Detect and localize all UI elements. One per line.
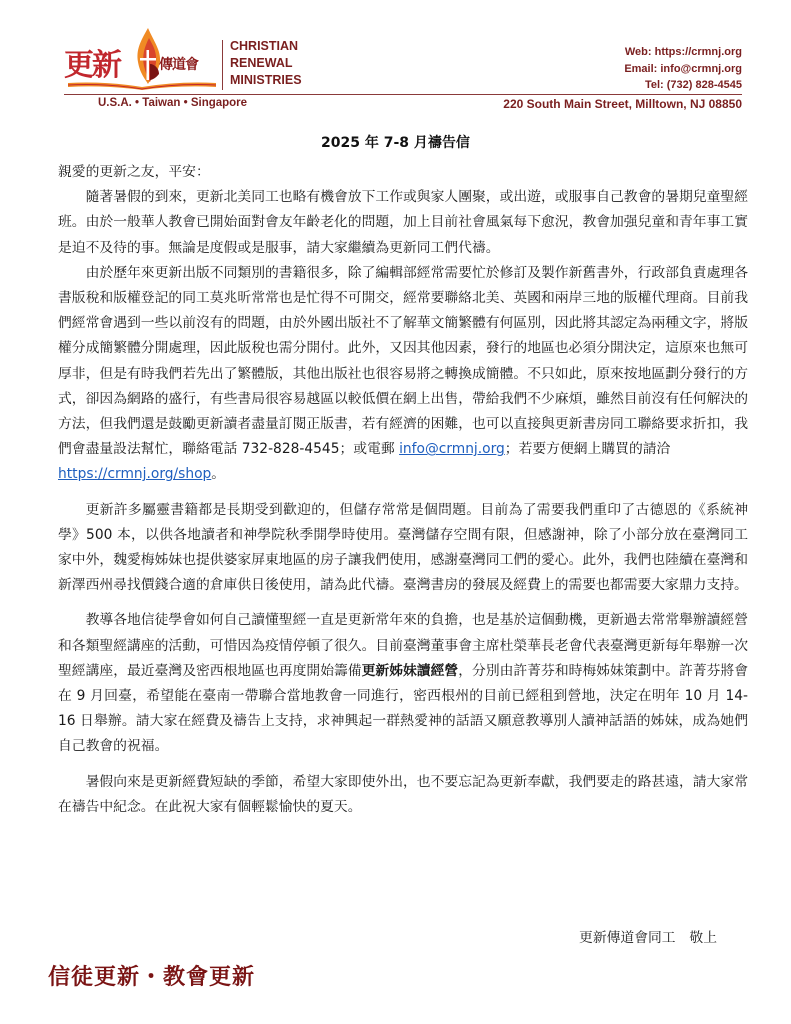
logo-divider <box>222 40 223 90</box>
letter-title: 2025 年 7-8 月禱告信 <box>0 132 791 152</box>
shop-link[interactable]: https://crmnj.org/shop <box>58 466 211 482</box>
footer-motto: 信徒更新・教會更新 <box>48 960 255 991</box>
contact-tel: Tel: (732) 828-4545 <box>624 77 742 94</box>
logo-english-name: CHRISTIAN RENEWAL MINISTRIES <box>230 38 302 89</box>
crm-logo: 更新 傳道會 <box>64 26 214 90</box>
address: 220 South Main Street, Milltown, NJ 0885… <box>503 97 742 111</box>
paragraph-3: 更新許多屬靈書籍都是長期受到歡迎的，但儲存常常是個問題。目前為了需要我們重印了古… <box>58 498 748 599</box>
letterhead: 更新 傳道會 CHRISTIAN RENEWAL MINISTRIES Web:… <box>0 0 791 115</box>
paragraph-1: 隨著暑假的到來，更新北美同工也略有機會放下工作或與家人團聚，或出遊，或服事自己教… <box>58 185 748 261</box>
paragraph-2: 由於歷年來更新出版不同類別的書籍很多，除了編輯部經常需要忙於修訂及製作新舊書外，… <box>58 261 748 488</box>
sisters-bible-camp: 更新姊妹讀經營 <box>362 663 459 679</box>
logo-en-line-3: MINISTRIES <box>230 72 302 89</box>
flame-cross-icon <box>134 28 162 86</box>
paragraph-2-mid: ；若要方便網上購買的請洽 <box>505 441 671 457</box>
open-book-icon <box>68 82 216 90</box>
logo-en-line-1: CHRISTIAN <box>230 38 302 55</box>
regions: U.S.A. • Taiwan • Singapore <box>98 97 247 109</box>
letter-body: 親愛的更新之友，平安： 隨著暑假的到來，更新北美同工也略有機會放下工作或與家人團… <box>58 160 748 820</box>
logo-en-line-2: RENEWAL <box>230 55 302 72</box>
paragraph-2-text: 由於歷年來更新出版不同類別的書籍很多，除了編輯部經常需要忙於修訂及製作新舊書外，… <box>58 265 748 457</box>
paragraph-4: 教導各地信徒學會如何自己讀懂聖經一直是更新常年來的負擔，也是基於這個動機，更新過… <box>58 608 748 759</box>
contact-email[interactable]: Email: info@crmnj.org <box>624 61 742 78</box>
contact-info: Web: https://crmnj.org Email: info@crmnj… <box>624 44 742 94</box>
paragraph-5: 暑假向來是更新經費短缺的季節，希望大家即使外出，也不要忘記為更新奉獻，我們要走的… <box>58 770 748 820</box>
greeting: 親愛的更新之友，平安： <box>58 160 748 185</box>
logo-chinese-main: 更新 <box>64 40 120 84</box>
paragraph-2-end: 。 <box>211 466 225 482</box>
contact-web[interactable]: Web: https://crmnj.org <box>624 44 742 61</box>
signature: 更新傳道會同工 敬上 <box>579 926 717 946</box>
email-link[interactable]: info@crmnj.org <box>399 441 505 457</box>
header-divider <box>64 94 742 95</box>
logo-chinese-sub: 傳道會 <box>159 54 198 74</box>
